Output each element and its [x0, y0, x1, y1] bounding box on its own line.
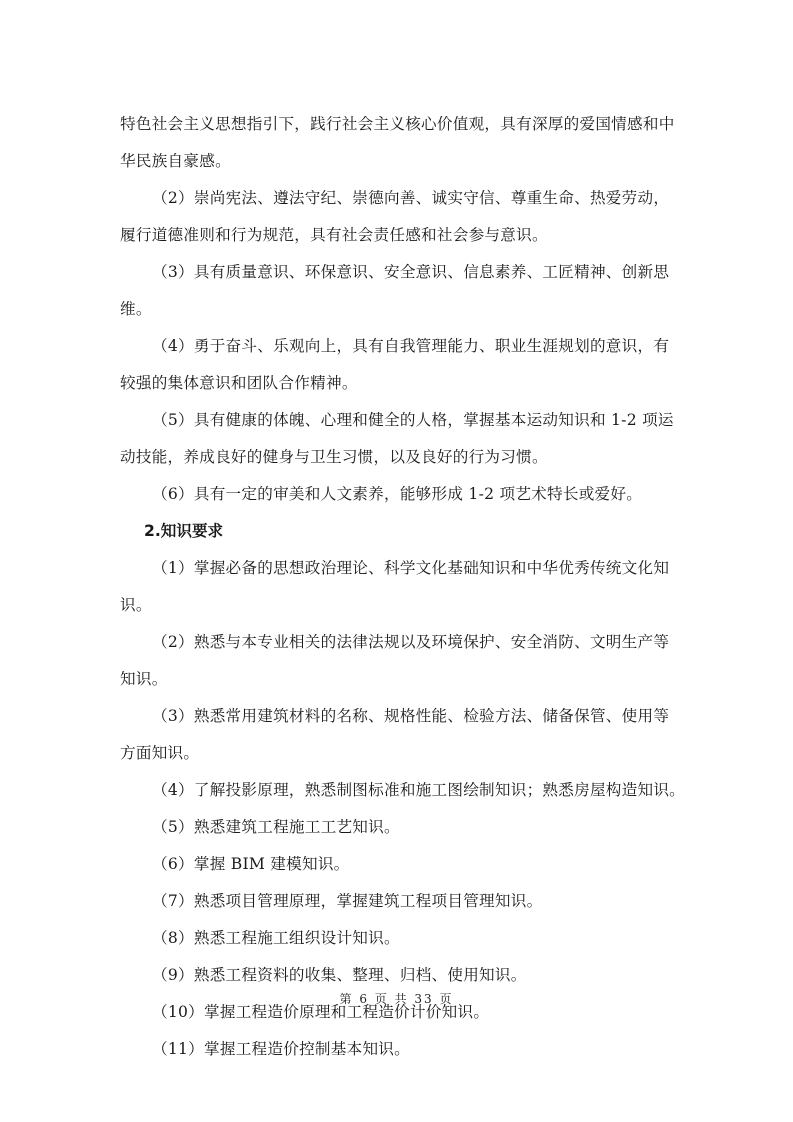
- list-item: （8）熟悉工程施工组织设计知识。: [120, 920, 676, 957]
- list-item: （4）勇于奋斗、乐观向上，具有自我管理能力、职业生涯规划的意识，有: [120, 328, 676, 365]
- document-page: 特色社会主义思想指引下，践行社会主义核心价值观，具有深厚的爱国情感和中 华民族自…: [0, 0, 793, 1122]
- list-item: （6）掌握 BIM 建模知识。: [120, 846, 676, 883]
- list-item: （2）崇尚宪法、遵法守纪、崇德向善、诚实守信、尊重生命、热爱劳动，: [120, 180, 676, 217]
- text-line: 动技能，养成良好的健身与卫生习惯，以及良好的行为习惯。: [120, 439, 676, 476]
- list-item: （4）了解投影原理，熟悉制图标准和施工图绘制知识；熟悉房屋构造知识。: [120, 772, 676, 809]
- text-line: 华民族自豪感。: [120, 143, 676, 180]
- list-item: （7）熟悉项目管理原理，掌握建筑工程项目管理知识。: [120, 883, 676, 920]
- text-line: 维。: [120, 291, 676, 328]
- list-item: （9）熟悉工程资料的收集、整理、归档、使用知识。: [120, 957, 676, 994]
- text-line: 方面知识。: [120, 735, 676, 772]
- list-item: （6）具有一定的审美和人文素养，能够形成 1-2 项艺术特长或爱好。: [120, 476, 676, 513]
- text-line: 履行道德准则和行为规范，具有社会责任感和社会参与意识。: [120, 217, 676, 254]
- page-number-footer: 第 6 页 共 33 页: [0, 990, 793, 1007]
- text-line: 较强的集体意识和团队合作精神。: [120, 365, 676, 402]
- text-line: 知识。: [120, 661, 676, 698]
- list-item: （5）具有健康的体魄、心理和健全的人格，掌握基本运动知识和 1-2 项运: [120, 402, 676, 439]
- list-item: （5）熟悉建筑工程施工工艺知识。: [120, 809, 676, 846]
- list-item: （3）熟悉常用建筑材料的名称、规格性能、检验方法、储备保管、使用等: [120, 698, 676, 735]
- list-item: （3）具有质量意识、环保意识、安全意识、信息素养、工匠精神、创新思: [120, 254, 676, 291]
- text-line: 识。: [120, 587, 676, 624]
- list-item: （11）掌握工程造价控制基本知识。: [120, 1031, 676, 1068]
- page-content: 特色社会主义思想指引下，践行社会主义核心价值观，具有深厚的爱国情感和中 华民族自…: [120, 106, 676, 1068]
- text-line: 特色社会主义思想指引下，践行社会主义核心价值观，具有深厚的爱国情感和中: [120, 106, 676, 143]
- list-item: （1）掌握必备的思想政治理论、科学文化基础知识和中华优秀传统文化知: [120, 550, 676, 587]
- section-heading: 2.知识要求: [120, 513, 676, 550]
- list-item: （2）熟悉与本专业相关的法律法规以及环境保护、安全消防、文明生产等: [120, 624, 676, 661]
